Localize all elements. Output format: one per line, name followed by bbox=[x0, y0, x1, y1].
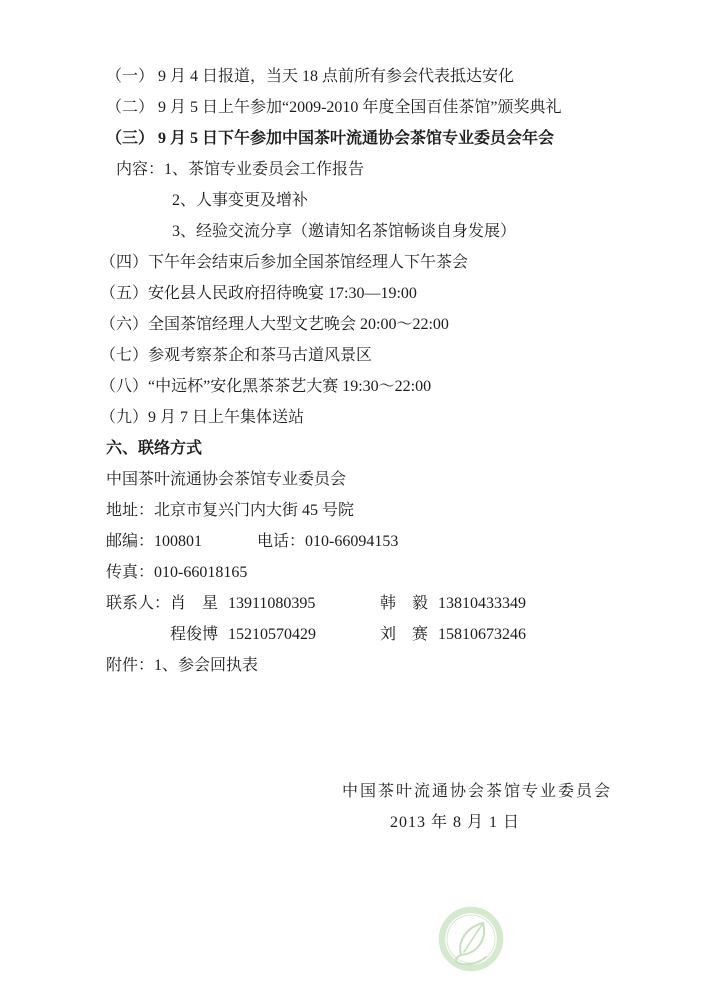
agenda-item-4: （四）下午年会结束后参加全国茶馆经理人下午茶会 bbox=[100, 247, 671, 278]
contact-phone: 电话：010-66094153 bbox=[257, 533, 398, 550]
content-item-2: 2、人事变更及增补 bbox=[106, 185, 671, 216]
leaf-vein bbox=[464, 925, 482, 952]
contact-persons-row-2: 程俊博15210570429刘 赛15810673246 bbox=[106, 619, 671, 650]
content-item-3: 3、经验交流分享（邀请知名茶馆畅谈自身发展） bbox=[106, 216, 671, 247]
contact-person-name: 程俊博 bbox=[170, 619, 228, 650]
signature-org: 中国茶叶流通协会茶馆专业委员会 bbox=[342, 776, 671, 807]
contact-org: 中国茶叶流通协会茶馆专业委员会 bbox=[106, 464, 671, 495]
agenda-item-8: （八）“中远杯”安化黑茶茶艺大赛 19:30～22:00 bbox=[100, 371, 671, 402]
agenda-item-3: （三） 9 月 5 日下午参加中国茶叶流通协会茶馆专业委员会年会 bbox=[106, 123, 671, 154]
contact-person-name: 肖 星 bbox=[170, 588, 228, 619]
contact-postal: 邮编：100801 bbox=[106, 526, 257, 557]
vertical-spacer bbox=[106, 681, 671, 776]
signature-date: 2013 年 8 月 1 日 bbox=[390, 807, 671, 838]
contact-person-phone: 13810433349 bbox=[438, 595, 526, 612]
contact-postal-phone-row: 邮编：100801电话：010-66094153 bbox=[106, 526, 671, 557]
attachment-line: 附件：1、参会回执表 bbox=[106, 650, 671, 681]
seal-inner-ring bbox=[447, 915, 495, 963]
agenda-content-row: 内容：1、茶馆专业委员会工作报告 bbox=[106, 154, 671, 185]
agenda-item-7: （七）参观考察茶企和茶马古道风景区 bbox=[100, 340, 671, 371]
content-label: 内容： bbox=[116, 154, 164, 185]
contact-address: 地址：北京市复兴门内大街 45 号院 bbox=[106, 495, 671, 526]
content-item-1: 1、茶馆专业委员会工作报告 bbox=[164, 161, 364, 178]
agenda-item-1: （一） 9 月 4 日报道，当天 18 点前所有参会代表抵达安化 bbox=[106, 61, 671, 92]
document-body: （一） 9 月 4 日报道，当天 18 点前所有参会代表抵达安化 （二） 9 月… bbox=[106, 61, 671, 838]
contact-person-phone: 13911080395 bbox=[228, 588, 358, 619]
document-page: （一） 9 月 4 日报道，当天 18 点前所有参会代表抵达安化 （二） 9 月… bbox=[0, 0, 711, 981]
contact-heading: 六、联络方式 bbox=[106, 433, 671, 464]
contact-person-name: 刘 赛 bbox=[380, 619, 438, 650]
contact-person-phone: 15210570429 bbox=[228, 619, 358, 650]
contact-fax: 传真：010-66018165 bbox=[106, 557, 671, 588]
contact-person-name: 韩 毅 bbox=[380, 588, 438, 619]
leaf-seal-watermark-icon bbox=[437, 905, 505, 973]
seal-ring bbox=[442, 910, 500, 968]
contact-persons-row-1: 联系人：肖 星13911080395韩 毅13810433349 bbox=[106, 588, 671, 619]
agenda-item-5: （五）安化县人民政府招待晚宴 17:30—19:00 bbox=[100, 278, 671, 309]
contact-person-phone: 15810673246 bbox=[438, 626, 526, 643]
agenda-item-6: （六）全国茶馆经理人大型文艺晚会 20:00～22:00 bbox=[100, 309, 671, 340]
contacts-label: 联系人： bbox=[106, 588, 170, 619]
agenda-item-2: （二） 9 月 5 日上午参加“2009-2010 年度全国百佳茶馆”颁奖典礼 bbox=[106, 92, 671, 123]
agenda-item-9: （九）9 月 7 日上午集体送站 bbox=[100, 402, 671, 433]
